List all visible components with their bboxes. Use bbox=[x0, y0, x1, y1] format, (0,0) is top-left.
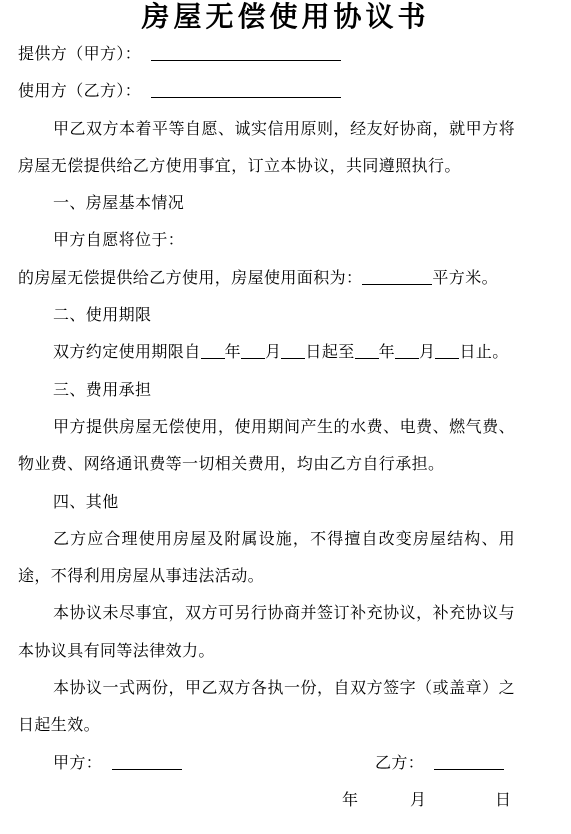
document-body: 提供方（甲方）： 使用方（乙方）： 甲乙双方本着平等自愿、诚实信用原则，经友好协… bbox=[0, 36, 571, 819]
area-text-before: 的房屋无偿提供给乙方使用，房屋使用面积为： bbox=[18, 270, 362, 287]
section-3-heading: 三、费用承担 bbox=[18, 372, 515, 409]
party-a-blank bbox=[151, 46, 341, 61]
day-label: 日 bbox=[495, 782, 511, 819]
term-day-from-blank bbox=[281, 344, 305, 359]
month-label: 月 bbox=[410, 782, 426, 819]
term-month-from-label: 月 bbox=[265, 344, 281, 361]
term-year-to-blank bbox=[355, 344, 379, 359]
location-line: 甲方自愿将位于： bbox=[18, 222, 515, 259]
party-a-signature-label: 甲方： bbox=[53, 755, 102, 772]
area-line: 的房屋无偿提供给乙方使用，房屋使用面积为：平方米。 bbox=[18, 260, 515, 297]
date-row: 年 月 日 bbox=[18, 782, 515, 819]
area-text-after: 平方米。 bbox=[432, 270, 498, 287]
year-label: 年 bbox=[342, 782, 358, 819]
term-text-prefix: 双方约定使用期限自 bbox=[53, 344, 201, 361]
term-year-from-label: 年 bbox=[225, 344, 241, 361]
term-month-to-label: 月 bbox=[419, 344, 435, 361]
party-b-signature: 乙方： bbox=[375, 745, 504, 782]
usage-term-line: 双方约定使用期限自年月日起至年月日止。 bbox=[18, 334, 515, 371]
party-a-label: 提供方（甲方）： bbox=[18, 46, 141, 63]
party-b-label: 使用方（乙方）： bbox=[18, 83, 141, 100]
section-2-heading: 二、使用期限 bbox=[18, 297, 515, 334]
document-title: 房屋无偿使用协议书 bbox=[0, 0, 571, 36]
preamble-paragraph: 甲乙双方本着平等自愿、诚实信用原则，经友好协商，就甲方将房屋无偿提供给乙方使用事… bbox=[18, 111, 515, 186]
term-day-to-blank bbox=[435, 344, 459, 359]
usage-rules-paragraph: 乙方应合理使用房屋及附属设施，不得擅自改变房屋结构、用途，不得利用房屋从事违法活… bbox=[18, 521, 515, 596]
term-month-to-blank bbox=[395, 344, 419, 359]
section-1-heading: 一、房屋基本情况 bbox=[18, 185, 515, 222]
term-year-to-label: 年 bbox=[379, 344, 395, 361]
party-b-blank bbox=[151, 83, 341, 98]
term-day-to-label: 日止。 bbox=[459, 344, 508, 361]
party-b-line: 使用方（乙方）： bbox=[18, 73, 515, 110]
fees-paragraph: 甲方提供房屋无偿使用，使用期间产生的水费、电费、燃气费、物业费、网络通讯费等一切… bbox=[18, 409, 515, 484]
term-day-from-label: 日起至 bbox=[305, 344, 354, 361]
area-blank bbox=[362, 270, 432, 285]
supplement-paragraph: 本协议未尽事宜，双方可另行协商并签订补充协议，补充协议与本协议具有同等法律效力。 bbox=[18, 595, 515, 670]
term-year-from-blank bbox=[201, 344, 225, 359]
party-b-signature-label: 乙方： bbox=[375, 755, 424, 772]
party-a-signature-blank bbox=[112, 755, 182, 770]
signature-row: 甲方： 乙方： bbox=[18, 745, 515, 782]
document-page: 房屋无偿使用协议书 提供方（甲方）： 使用方（乙方）： 甲乙双方本着平等自愿、诚… bbox=[0, 0, 571, 834]
section-4-heading: 四、其他 bbox=[18, 484, 515, 521]
copies-paragraph: 本协议一式两份，甲乙双方各执一份，自双方签字（或盖章）之日起生效。 bbox=[18, 670, 515, 745]
term-month-from-blank bbox=[241, 344, 265, 359]
party-b-signature-blank bbox=[434, 755, 504, 770]
party-a-signature: 甲方： bbox=[53, 745, 182, 782]
party-a-line: 提供方（甲方）： bbox=[18, 36, 515, 73]
